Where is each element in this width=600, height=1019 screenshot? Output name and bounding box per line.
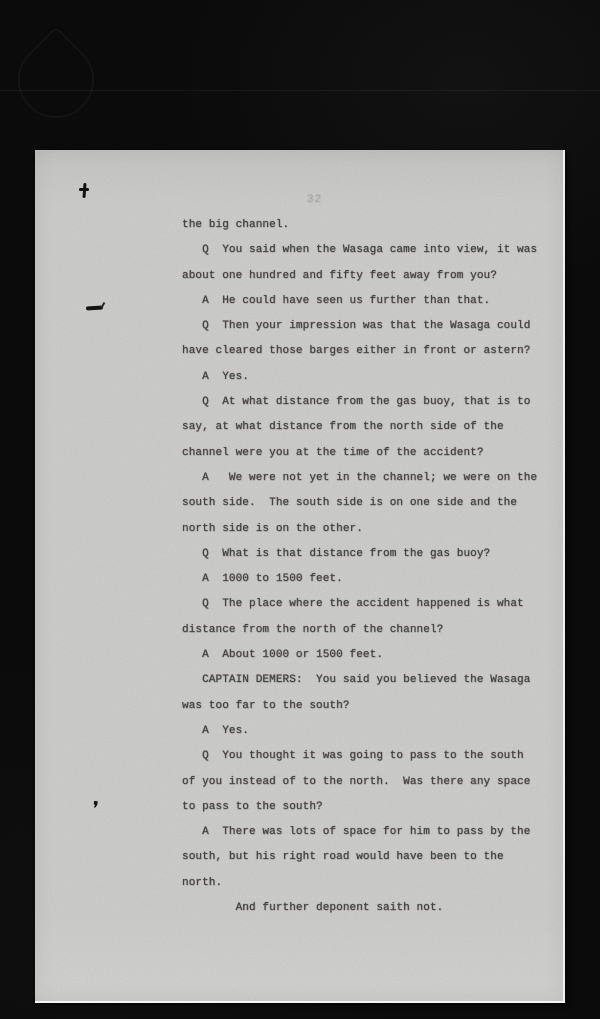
transcript-line: about one hundred and fifty feet away fr… (182, 264, 544, 289)
transcript-line: the big channel. (182, 213, 544, 238)
transcript-line: A Yes. (182, 719, 544, 744)
transcript-line: Q Then your impression was that the Wasa… (182, 314, 544, 339)
transcript-line: CAPTAIN DEMERS: You said you believed th… (182, 668, 544, 693)
page-number: 32 (307, 194, 322, 206)
transcript-line: A There was lots of space for him to pas… (182, 820, 544, 845)
transcript-line: A Yes. (182, 365, 544, 390)
transcript-line: And further deponent saith not. (182, 896, 544, 921)
transcript-line: Q You said when the Wasaga came into vie… (182, 238, 544, 263)
transcript-line: have cleared those barges either in fron… (182, 339, 544, 364)
arrow-ink-mark (86, 302, 108, 312)
transcript-line: was too far to the south? (182, 694, 544, 719)
transcript-line: Q At what distance from the gas buoy, th… (182, 390, 544, 415)
drop-watermark (2, 26, 109, 133)
transcript-line: Q You thought it was going to pass to th… (182, 744, 544, 769)
document-page: ❜ 32 the big channel. Q You said when th… (35, 150, 565, 1003)
transcript-text: the big channel. Q You said when the Was… (182, 213, 544, 921)
transcript-line: north side is on the other. (182, 517, 544, 542)
transcript-line: say, at what distance from the north sid… (182, 415, 544, 440)
transcript-line: south, but his right road would have bee… (182, 845, 544, 870)
transcript-line: Q What is that distance from the gas buo… (182, 542, 544, 567)
scanned-photo-background: ❜ 32 the big channel. Q You said when th… (0, 0, 600, 1019)
transcript-line: A 1000 to 1500 feet. (182, 567, 544, 592)
transcript-line: A We were not yet in the channel; we wer… (182, 466, 544, 491)
cross-ink-mark-horizontal (79, 188, 89, 191)
transcript-line: Q The place where the accident happened … (182, 592, 544, 617)
transcript-line: to pass to the south? (182, 795, 544, 820)
cross-ink-mark (79, 183, 89, 199)
transcript-line: A He could have seen us further than tha… (182, 289, 544, 314)
comma-ink-mark: ❜ (90, 798, 99, 821)
transcript-line: A About 1000 or 1500 feet. (182, 643, 544, 668)
transcript-line: channel were you at the time of the acci… (182, 441, 544, 466)
transcript-line: south side. The south side is on one sid… (182, 491, 544, 516)
transcript-line: of you instead of to the north. Was ther… (182, 770, 544, 795)
transcript-line: distance from the north of the channel? (182, 618, 544, 643)
transcript-line: north. (182, 871, 544, 896)
